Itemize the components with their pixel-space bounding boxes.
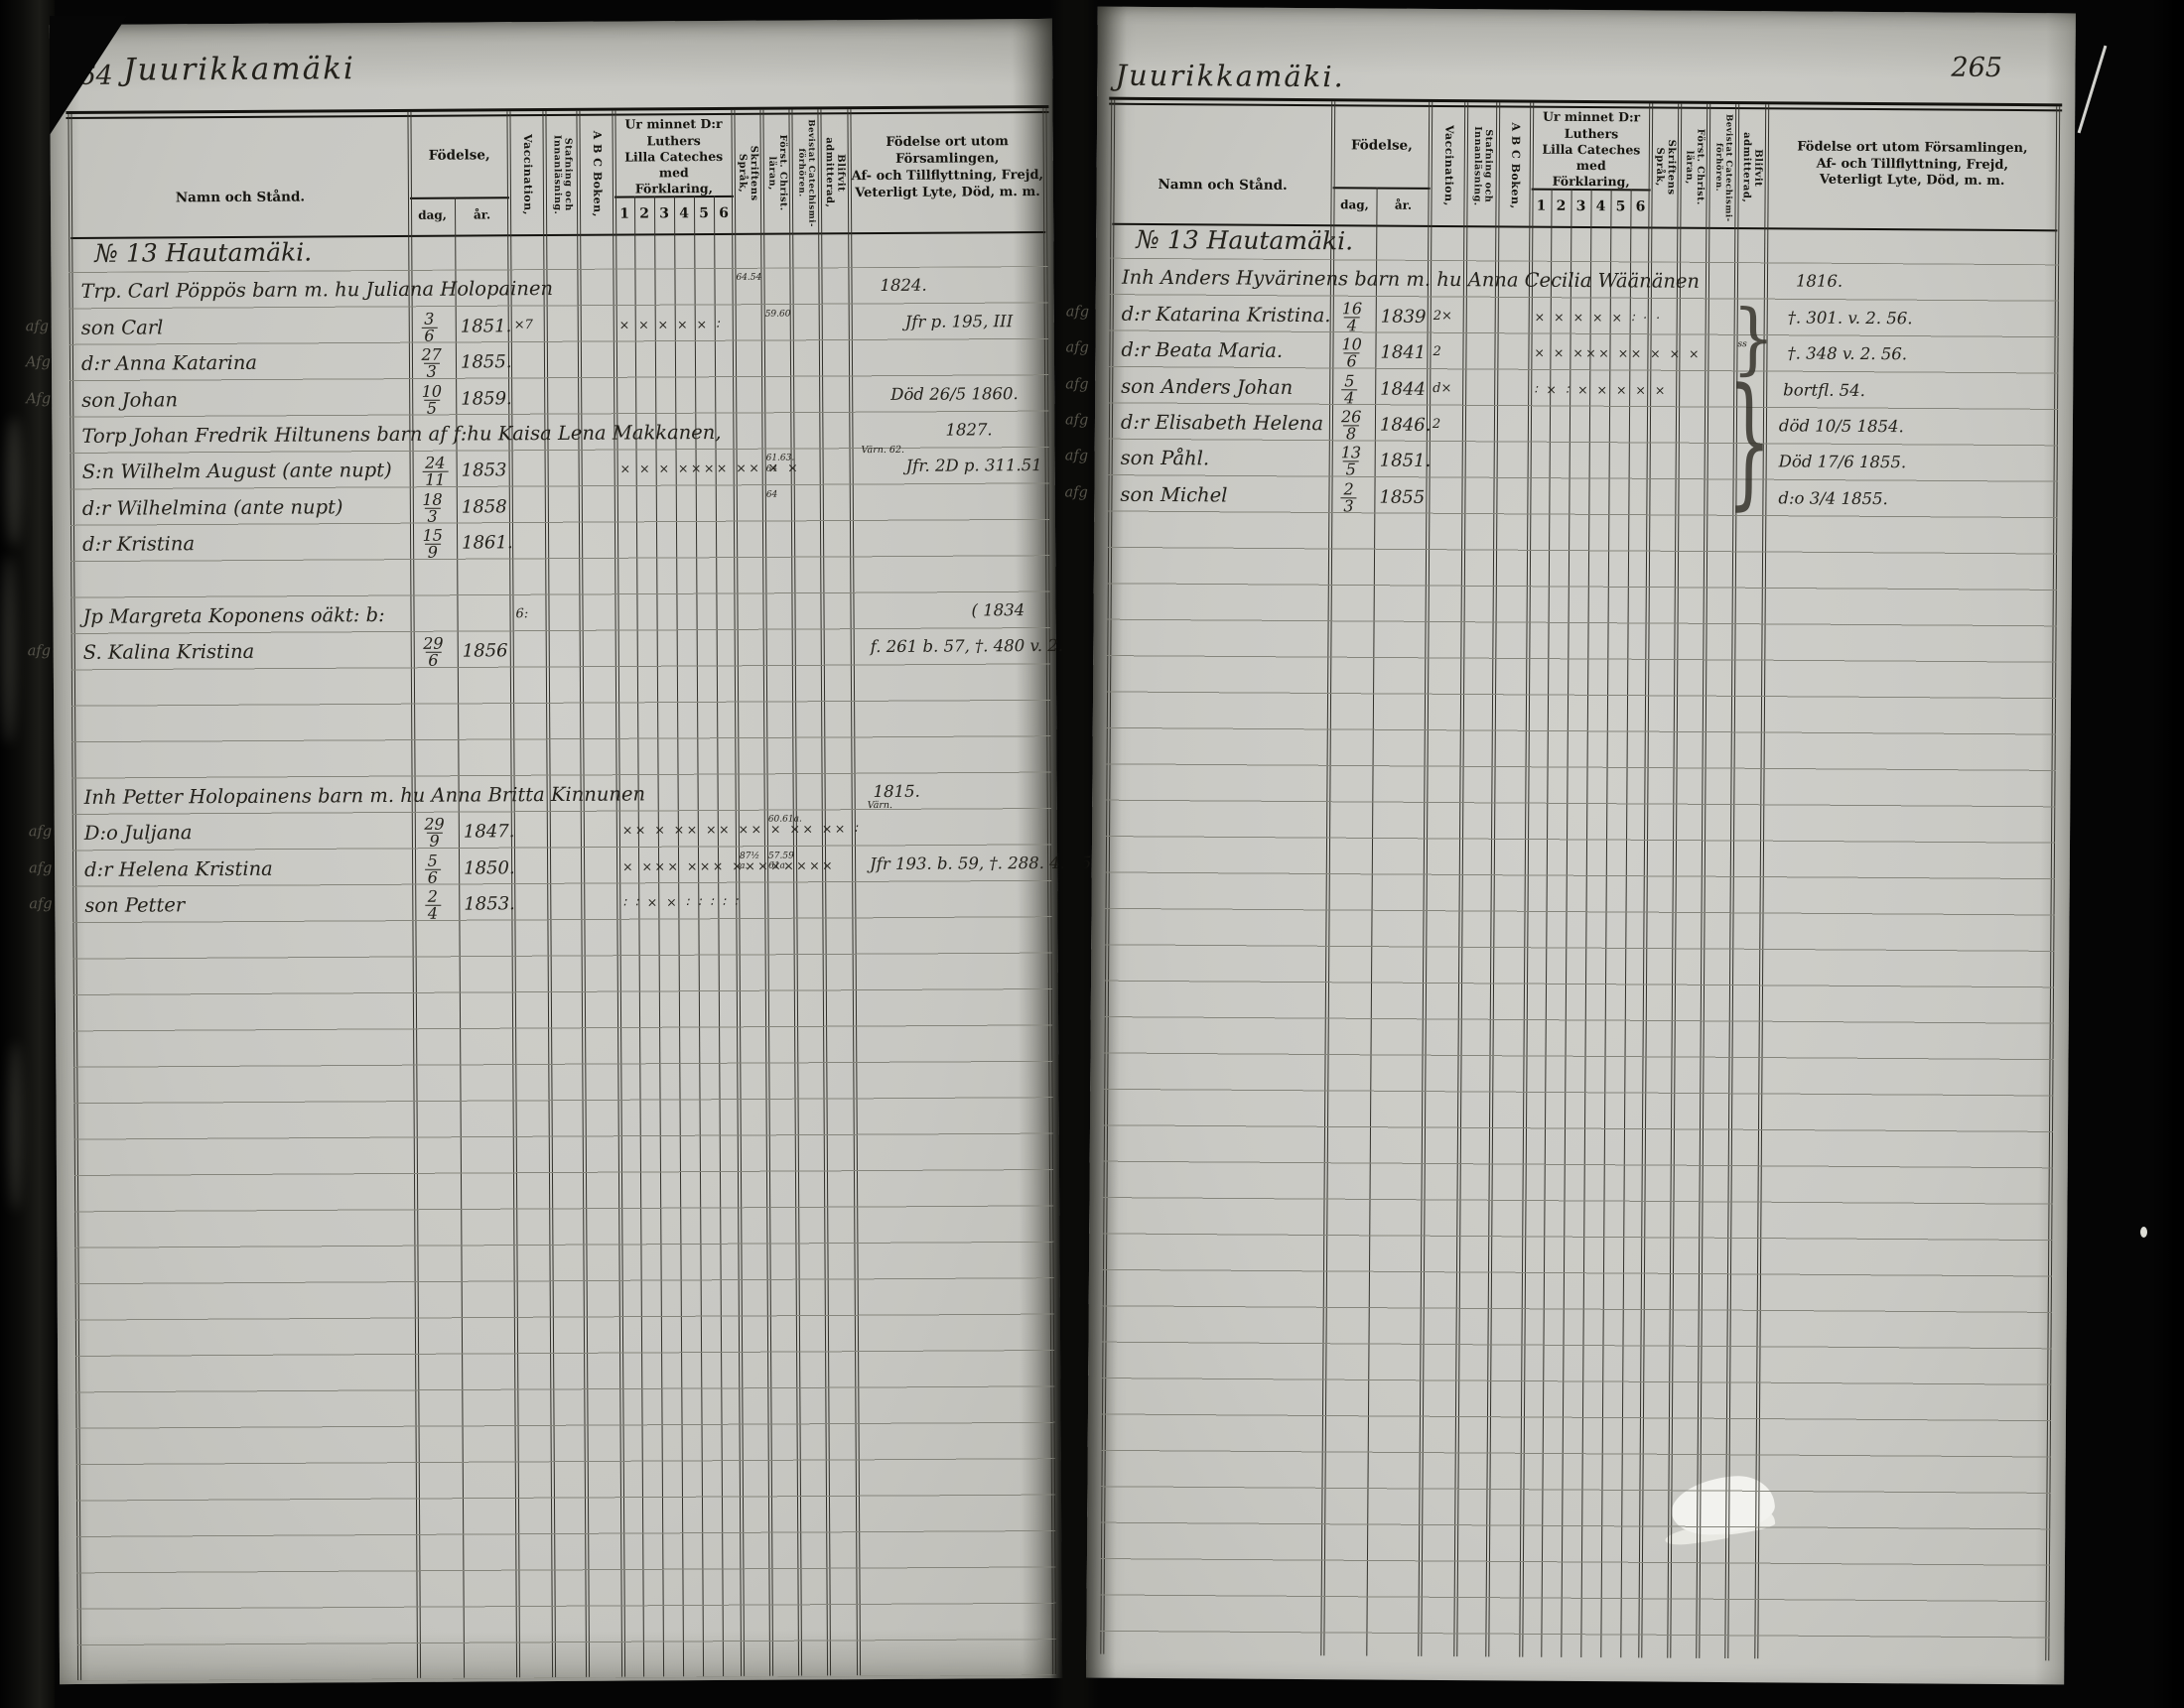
column-subheader-6: 6: [1630, 193, 1650, 220]
birth-year: 1859.: [461, 388, 512, 409]
column-header-vaccination-text: Vaccination,: [520, 134, 533, 215]
person-name: Inh Anders Hyvärinens barn m. hu Anna Ce…: [1122, 266, 1700, 293]
column-header-vaccination: Vaccination,: [508, 119, 545, 230]
column-header-forst-christ-laran-text: Först. Christ. läran,: [765, 135, 787, 211]
margin-note: afg: [29, 860, 52, 876]
column-header-blifvit-admitterad: Blifvit admitterad,: [1736, 112, 1767, 223]
column-header-blifvit-admitterad-text: Blifvit admitterad,: [1740, 133, 1763, 203]
row-rule-lines: [1100, 258, 2059, 1661]
column-header-bevistat-forhoren-text: Bevistat Catechismi- förhören.: [1712, 114, 1732, 222]
person-name: d:r Elisabeth Helena: [1121, 411, 1323, 435]
column-header-skriftens-sprak: Skriftens Språk,: [733, 118, 762, 229]
catechism-marks: × × × × × ∶: [619, 317, 722, 332]
vaccination-mark: 2: [1433, 417, 1440, 432]
person-name: S. Kalina Kristina: [83, 640, 255, 664]
remark-note: Jfr. 2D p. 311.51: [906, 456, 1042, 475]
birth-day-fraction: 183: [422, 491, 443, 524]
person-name: son Petter: [84, 893, 185, 917]
book-spine-edge: [0, 0, 55, 1708]
person-name: d:r Anna Katarina: [81, 351, 257, 375]
vaccination-mark: 2: [1433, 344, 1440, 359]
margin-note: afg: [1064, 484, 1087, 500]
page-title-handwritten: Juurikkamäki: [123, 51, 355, 87]
remark-note: 1815.: [874, 782, 920, 801]
column-subheader-4: 4: [674, 199, 694, 227]
remark-note: ( 1834: [971, 600, 1024, 619]
small-column-note: 64: [766, 489, 778, 499]
column-header-vaccination-text: Vaccination,: [1441, 125, 1454, 206]
column-subheader-5: 5: [1610, 193, 1630, 220]
margin-note: afg: [1065, 376, 1088, 392]
column-header-cateches: Ur minnet D:r Luthers Lilla Cateches med…: [614, 124, 734, 191]
column-header-abc-boken-text: A B C Boken,: [1508, 123, 1521, 209]
column-header-fodelse: Födelse,: [1333, 131, 1431, 162]
person-name: d:r Helena Kristina: [84, 857, 273, 881]
birth-year: 1850.: [464, 857, 515, 878]
person-name: son Michel: [1120, 483, 1227, 507]
remark-note: †. 301. v. 2. 56.: [1788, 308, 1913, 328]
birth-day-fraction: 36: [421, 312, 437, 344]
birth-day-fraction: 54: [1341, 373, 1357, 406]
vaccination-mark: 2×: [1433, 309, 1452, 324]
birth-year: 1851.: [1380, 451, 1432, 471]
column-header-stafning-text: Stafning och Innanläsning.: [551, 135, 573, 214]
birth-year: 1847.: [464, 822, 515, 843]
spine-highlight: [6, 417, 22, 546]
birth-day-fraction: 105: [422, 383, 443, 416]
birth-year: 1853.: [464, 893, 515, 914]
remark-small-note: Värn. 62.: [862, 445, 905, 456]
person-name: son Johan: [81, 388, 178, 412]
remark-note: †. 348 v. 2. 56.: [1787, 344, 1907, 364]
small-column-note: 61.63. 64: [766, 454, 795, 474]
catechism-marks: ×× × ×× ×× ×× × ×× ×× ∶: [622, 822, 860, 838]
grouping-brace: }: [1726, 357, 1772, 524]
birth-day-fraction: 164: [1342, 301, 1363, 333]
remark-note: 1816.: [1796, 272, 1843, 291]
remark-note: död 10/5 1854.: [1779, 416, 1904, 436]
column-header-stafning: Stafning och Innanläsning.: [544, 119, 579, 230]
column-header-abc-boken: A B C Boken,: [1497, 110, 1532, 221]
person-name: Trp. Carl Pöppös barn m. hu Juliana Holo…: [80, 277, 553, 303]
person-name: son Påhl.: [1121, 447, 1210, 470]
margin-note: Afg: [26, 354, 51, 370]
catechism-marks: × × × × × ∶ · ·: [1535, 309, 1663, 325]
fore-edge-shadow: [2152, 0, 2184, 1708]
column-subheader-2: 2: [1551, 193, 1570, 220]
person-name: Jp Margreta Koponens oäkt: b:: [82, 603, 384, 628]
birth-year: 1855: [1379, 486, 1425, 507]
remark-note: f. 261 b. 57, †. 480 v. 2.: [871, 636, 1063, 656]
margin-note: Afg: [26, 391, 51, 407]
remark-note: 1824.: [880, 276, 926, 295]
section-heading: № 13 Hautamäki.: [1136, 225, 1353, 256]
spine-highlight: [9, 1042, 22, 1211]
birth-day-fraction: 2411: [422, 456, 449, 488]
column-header-blifvit-admitterad: Blifvit admitterad,: [819, 117, 850, 228]
page-number: 265: [1951, 53, 2002, 83]
birth-day-fraction: 296: [423, 636, 444, 669]
birth-day-fraction: 23: [1340, 481, 1356, 514]
column-header-cateches: Ur minnet D:r Luthers Lilla Cateches med…: [1532, 117, 1651, 184]
column-header-namn: Namn och Stånd.: [70, 178, 410, 219]
record-table-left: Namn och Stånd.Födelse,dag,år.Vaccinatio…: [50, 19, 1062, 1684]
person-name: d:r Kristina: [82, 532, 195, 556]
person-name: d:r Katarina Kristina.: [1122, 303, 1331, 327]
column-subheader-4: 4: [1590, 193, 1610, 220]
remark-note: Död 17/6 1855.: [1779, 453, 1907, 472]
column-header-namn: Namn och Stånd.: [1112, 166, 1332, 207]
catechism-marks: ∶ × ∶ × × × × ×: [1534, 381, 1668, 397]
small-column-note: 87½ a.: [740, 852, 759, 872]
birth-day-fraction: 56: [425, 854, 441, 886]
remark-note: d:o 3/4 1855.: [1778, 488, 1887, 508]
birth-day-fraction: 135: [1341, 446, 1362, 478]
person-name: D:o Juljana: [84, 822, 193, 846]
column-header-forst-christ-laran: Först. Christ. läran,: [1679, 112, 1708, 223]
person-name: d:r Wilhelmina (ante nupt): [82, 495, 343, 520]
column-subheader-3: 3: [654, 199, 674, 227]
margin-note: afg: [1066, 304, 1089, 320]
column-header-vaccination: Vaccination,: [1430, 110, 1466, 221]
margin-note: afg: [29, 896, 52, 912]
column-header-skriftens-sprak: Skriftens Språk,: [1650, 111, 1680, 222]
person-name: Inh Petter Holopainens barn m. hu Anna B…: [84, 782, 646, 808]
birth-day-fraction: 159: [423, 528, 444, 561]
column-header-remarks: Födelse ort utom Församlingen, Af- och T…: [1767, 126, 2059, 203]
margin-note: afg: [1065, 412, 1088, 428]
page-left-264: 264 Juurikkamäki Namn och Stånd.Födelse,…: [50, 19, 1062, 1684]
table-rule-horizontal: [410, 197, 509, 198]
birth-year: 1851.: [461, 316, 512, 336]
catechism-marks: ∶ ∶ × × ∶ ∶ ∶ ∶ ∶: [622, 894, 740, 910]
page-title-handwritten: Juurikkamäki.: [1115, 59, 1345, 94]
vaccination-mark: ×7: [514, 318, 533, 332]
column-header-fodelse: Födelse,: [410, 141, 509, 172]
vaccination-mark: 6:: [515, 606, 528, 621]
margin-note: afg: [29, 824, 52, 840]
column-subheader-6: 6: [714, 199, 734, 227]
column-header-forst-christ-laran: Först. Christ. läran,: [761, 118, 791, 229]
small-column-note: 57.59 61a.: [768, 851, 794, 871]
catechism-marks: × ××× ××× ××××××××: [622, 857, 835, 873]
person-name: S:n Wilhelm August (ante nupt): [82, 459, 392, 483]
column-subheader-5: 5: [694, 199, 714, 227]
birth-year: 1861.: [462, 532, 513, 553]
column-header-bevistat-forhoren-text: Bevistat Catechismi- förhören.: [795, 119, 815, 227]
column-header-forst-christ-laran-text: Först. Christ. läran,: [1683, 129, 1705, 205]
margin-note: afg: [1065, 449, 1088, 464]
column-header-remarks: Födelse ort utom Församlingen, Af- och T…: [850, 130, 1045, 206]
birth-year: 1844: [1380, 378, 1426, 399]
remark-note: 1827.: [945, 420, 992, 439]
section-heading: № 13 Hautamäki.: [94, 237, 312, 267]
column-subheader-dag: dag,: [410, 203, 455, 229]
column-header-abc-boken: A B C Boken,: [578, 119, 614, 230]
person-name: Torp Johan Fredrik Hiltunens barn af f:h…: [81, 421, 721, 448]
spine-highlight: [2, 556, 16, 744]
column-subheader-1: 1: [614, 200, 634, 228]
church-record-book-scan: 264 Juurikkamäki Namn och Stånd.Födelse,…: [0, 0, 2184, 1708]
birth-day-fraction: 299: [424, 817, 445, 850]
column-subheader-ar: år.: [1376, 194, 1430, 219]
birth-year: 1839: [1381, 306, 1427, 327]
column-header-stafning-text: Stafning och Innanläsning.: [1471, 126, 1493, 205]
column-header-bevistat-forhoren: Bevistat Catechismi- förhören.: [1707, 112, 1737, 223]
column-header-skriftens-sprak-text: Skriftens Språk,: [737, 146, 759, 201]
record-table-right: Namn och Stånd.Födelse,dag,år.Vaccinatio…: [1086, 7, 2076, 1685]
column-header-stafning: Stafning och Innanläsning.: [1465, 110, 1498, 221]
column-subheader-dag: dag,: [1332, 193, 1376, 218]
table-rule-horizontal: [1333, 187, 1431, 189]
page-right-265: Juurikkamäki. 265 Namn och Stånd.Födelse…: [1086, 7, 2076, 1685]
column-subheader-1: 1: [1531, 193, 1551, 220]
birth-year: 1841: [1380, 342, 1426, 363]
birth-year: 1858: [462, 496, 507, 517]
remark-small-note: Värn.: [868, 800, 892, 811]
person-name: son Anders Johan: [1121, 374, 1293, 398]
small-column-note: 60.61a.: [768, 815, 802, 826]
margin-note: afg: [1065, 340, 1088, 356]
remark-note: Jfr p. 195, III: [905, 312, 1014, 331]
column-subheader-2: 2: [634, 199, 654, 227]
column-header-bevistat-forhoren: Bevistat Catechismi- förhören.: [790, 117, 820, 228]
small-column-note: 59.60: [765, 309, 791, 320]
person-name: d:r Beata Maria.: [1121, 338, 1283, 362]
person-name: son Carl: [81, 316, 164, 339]
birth-day-fraction: 106: [1341, 336, 1362, 369]
vaccination-mark: d×: [1433, 381, 1451, 396]
catechism-marks: × × ××× ×× × × ×: [1534, 345, 1702, 361]
column-header-blifvit-admitterad-text: Blifvit admitterad,: [823, 138, 846, 208]
birth-day-fraction: 24: [425, 889, 441, 922]
birth-year: 1846.: [1380, 415, 1432, 436]
margin-note: afg: [28, 643, 51, 659]
birth-year: 1853: [462, 460, 507, 481]
column-header-skriftens-sprak-text: Skriftens Språk,: [1654, 140, 1677, 196]
birth-year: 1855.: [461, 351, 512, 372]
birth-year: 1856: [463, 641, 508, 662]
small-column-note: 64.54: [736, 273, 761, 284]
column-subheader-ar: år.: [455, 202, 509, 228]
column-header-abc-boken-text: A B C Boken,: [590, 131, 603, 217]
margin-note: afg: [26, 319, 49, 334]
birth-day-fraction: 268: [1341, 409, 1362, 442]
remark-note: bortfl. 54.: [1783, 380, 1865, 400]
column-subheader-3: 3: [1570, 193, 1590, 220]
remark-note: Död 26/5 1860.: [890, 384, 1019, 404]
birth-day-fraction: 273: [421, 347, 442, 380]
paper-speck: [2140, 1227, 2147, 1238]
